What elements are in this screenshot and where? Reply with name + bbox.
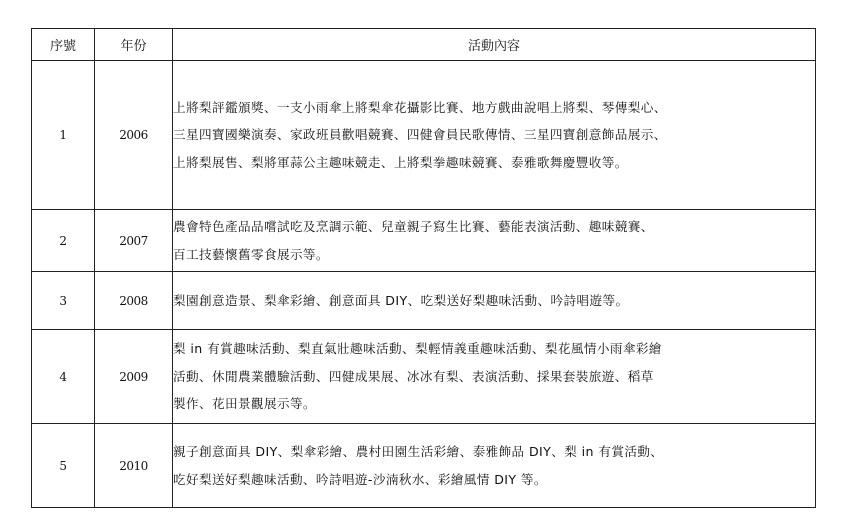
cell-content: 親子創意面具 DIY、梨傘彩繪、農村田園生活彩繪、泰雅飾品 DIY、梨 in 有… bbox=[173, 424, 816, 508]
content-line: 百工技藝懷舊零食展示等。 bbox=[173, 241, 815, 269]
header-no: 序號 bbox=[32, 29, 95, 61]
cell-year: 2007 bbox=[95, 210, 173, 272]
content-line: 上將梨展售、梨將軍蒜公主趣味競走、上將梨拳趣味競賽、泰雅歌舞慶豐收等。 bbox=[173, 149, 815, 177]
table-row: 3 2008 梨園創意造景、梨傘彩繪、創意面具 DIY、吃梨送好梨趣味活動、吟詩… bbox=[32, 272, 816, 330]
cell-content: 梨 in 有賞趣味活動、梨直氣壯趣味活動、梨輕情義重趣味活動、梨花風情小雨傘彩繪… bbox=[173, 330, 816, 424]
cell-year: 2010 bbox=[95, 424, 173, 508]
cell-no: 2 bbox=[32, 210, 95, 272]
cell-year: 2006 bbox=[95, 61, 173, 210]
header-row: 序號 年份 活動內容 bbox=[32, 29, 816, 61]
content-line: 梨 in 有賞趣味活動、梨直氣壯趣味活動、梨輕情義重趣味活動、梨花風情小雨傘彩繪 bbox=[173, 335, 815, 363]
table-row: 2 2007 農會特色產品品嚐試吃及烹調示範、兒童親子寫生比賽、藝能表演活動、趣… bbox=[32, 210, 816, 272]
content-line: 三星四寶國樂演奏、家政班員歡唱競賽、四健會員民歌傳情、三星四寶創意飾品展示、 bbox=[173, 121, 815, 149]
header-year: 年份 bbox=[95, 29, 173, 61]
cell-year: 2008 bbox=[95, 272, 173, 330]
table-row: 1 2006 上將梨評鑑頒獎、一支小雨傘上將梨傘花攝影比賽、地方戲曲說唱上將梨、… bbox=[32, 61, 816, 210]
cell-no: 1 bbox=[32, 61, 95, 210]
content-line: 吃好梨送好梨趣味活動、吟詩唱遊-沙湳秋水、彩繪風情 DIY 等。 bbox=[173, 466, 815, 494]
activities-table: 序號 年份 活動內容 1 2006 上將梨評鑑頒獎、一支小雨傘上將梨傘花攝影比賽… bbox=[31, 28, 816, 508]
cell-no: 4 bbox=[32, 330, 95, 424]
content-line: 農會特色產品品嚐試吃及烹調示範、兒童親子寫生比賽、藝能表演活動、趣味競賽、 bbox=[173, 213, 815, 241]
cell-content: 梨園創意造景、梨傘彩繪、創意面具 DIY、吃梨送好梨趣味活動、吟詩唱遊等。 bbox=[173, 272, 816, 330]
content-line: 製作、花田景觀展示等。 bbox=[173, 390, 815, 418]
content-line: 親子創意面具 DIY、梨傘彩繪、農村田園生活彩繪、泰雅飾品 DIY、梨 in 有… bbox=[173, 438, 815, 466]
content-line: 上將梨評鑑頒獎、一支小雨傘上將梨傘花攝影比賽、地方戲曲說唱上將梨、琴傳梨心、 bbox=[173, 94, 815, 122]
content-line: 活動、休閒農業體驗活動、四健成果展、冰冰有梨、表演活動、採果套裝旅遊、稻草 bbox=[173, 363, 815, 391]
cell-no: 3 bbox=[32, 272, 95, 330]
content-line: 梨園創意造景、梨傘彩繪、創意面具 DIY、吃梨送好梨趣味活動、吟詩唱遊等。 bbox=[173, 287, 815, 315]
table-row: 4 2009 梨 in 有賞趣味活動、梨直氣壯趣味活動、梨輕情義重趣味活動、梨花… bbox=[32, 330, 816, 424]
cell-no: 5 bbox=[32, 424, 95, 508]
cell-content: 農會特色產品品嚐試吃及烹調示範、兒童親子寫生比賽、藝能表演活動、趣味競賽、 百工… bbox=[173, 210, 816, 272]
cell-year: 2009 bbox=[95, 330, 173, 424]
cell-content: 上將梨評鑑頒獎、一支小雨傘上將梨傘花攝影比賽、地方戲曲說唱上將梨、琴傳梨心、 三… bbox=[173, 61, 816, 210]
table-row: 5 2010 親子創意面具 DIY、梨傘彩繪、農村田園生活彩繪、泰雅飾品 DIY… bbox=[32, 424, 816, 508]
header-content: 活動內容 bbox=[173, 29, 816, 61]
